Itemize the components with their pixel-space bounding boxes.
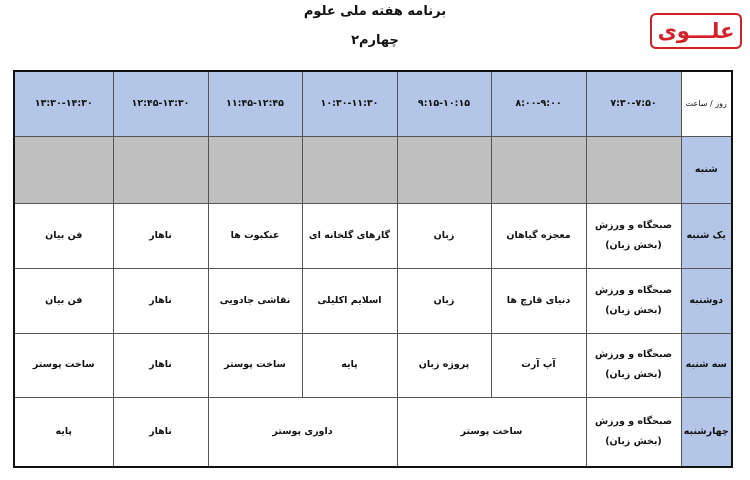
table-cell: ناهار bbox=[113, 397, 208, 467]
alavi-logo: علـــوی bbox=[650, 13, 742, 49]
table-cell: اسلایم اکلیلی bbox=[302, 269, 397, 333]
table-cell: ناهار bbox=[113, 204, 208, 269]
table-row-sunday: یک شنبه صبحگاه و ورزش (بخش زبان) معجزه گ… bbox=[14, 204, 732, 269]
cell-line-1: صبحگاه و ورزش bbox=[587, 281, 681, 301]
table-row-wednesday: چهارشنبه صبحگاه و ورزش (بخش زبان) ساخت پ… bbox=[14, 397, 732, 467]
table-cell: صبحگاه و ورزش (بخش زبان) bbox=[586, 204, 681, 269]
time-slot-4: ۱۰:۳۰-۱۱:۳۰ bbox=[302, 71, 397, 137]
page-title: برنامه هفته ملی علوم bbox=[250, 4, 500, 19]
cell-line-2: (بخش زبان) bbox=[587, 432, 681, 452]
table-cell: آپ آرت bbox=[491, 333, 586, 397]
table-cell: گازهای گلخانه ای bbox=[302, 204, 397, 269]
time-slot-7: ۱۳:۳۰-۱۴:۳۰ bbox=[14, 71, 113, 137]
day-label: شنبه bbox=[681, 137, 732, 204]
time-slot-6: ۱۲:۴۵-۱۳:۳۰ bbox=[113, 71, 208, 137]
table-cell bbox=[14, 137, 113, 204]
table-cell: فن بیان bbox=[14, 269, 113, 333]
cell-line-1: صبحگاه و ورزش bbox=[587, 345, 681, 365]
table-cell: پایه bbox=[14, 397, 113, 467]
table-cell bbox=[586, 137, 681, 204]
table-cell: ساخت پوستر bbox=[14, 333, 113, 397]
corner-label: روز / ساعت bbox=[681, 71, 732, 137]
table-cell: معجزه گیاهان bbox=[491, 204, 586, 269]
time-slot-2: ۸:۰۰-۹:۰۰ bbox=[491, 71, 586, 137]
cell-line-2: (بخش زبان) bbox=[587, 301, 681, 321]
table-cell-merged: داوری پوستر bbox=[208, 397, 397, 467]
day-label: سه شنبه bbox=[681, 333, 732, 397]
table-cell: دنیای قارچ ها bbox=[491, 269, 586, 333]
schedule-table: روز / ساعت ۷:۳۰-۷:۵۰ ۸:۰۰-۹:۰۰ ۹:۱۵-۱۰:۱… bbox=[13, 70, 733, 468]
table-cell: پایه bbox=[302, 333, 397, 397]
cell-line-1: صبحگاه و ورزش bbox=[587, 412, 681, 432]
table-row-monday: دوشنبه صبحگاه و ورزش (بخش زبان) دنیای قا… bbox=[14, 269, 732, 333]
table-cell: زبان bbox=[397, 269, 491, 333]
time-slot-5: ۱۱:۴۵-۱۲:۴۵ bbox=[208, 71, 302, 137]
table-cell bbox=[491, 137, 586, 204]
table-row-tuesday: سه شنبه صبحگاه و ورزش (بخش زبان) آپ آرت … bbox=[14, 333, 732, 397]
table-cell: ناهار bbox=[113, 269, 208, 333]
table-cell: زبان bbox=[397, 204, 491, 269]
logo-text: علـــوی bbox=[658, 19, 735, 43]
table-cell bbox=[302, 137, 397, 204]
table-row-saturday: شنبه bbox=[14, 137, 732, 204]
table-cell bbox=[208, 137, 302, 204]
table-cell bbox=[113, 137, 208, 204]
table-cell: پروژه زبان bbox=[397, 333, 491, 397]
table-cell-merged: ساخت پوستر bbox=[397, 397, 586, 467]
table-cell: صبحگاه و ورزش (بخش زبان) bbox=[586, 269, 681, 333]
time-slot-3: ۹:۱۵-۱۰:۱۵ bbox=[397, 71, 491, 137]
table-cell: فن بیان bbox=[14, 204, 113, 269]
page-subtitle: چهارم۲ bbox=[250, 33, 500, 48]
table-cell bbox=[397, 137, 491, 204]
header-row: روز / ساعت ۷:۳۰-۷:۵۰ ۸:۰۰-۹:۰۰ ۹:۱۵-۱۰:۱… bbox=[14, 71, 732, 137]
day-label: دوشنبه bbox=[681, 269, 732, 333]
table-cell: ناهار bbox=[113, 333, 208, 397]
time-slot-1: ۷:۳۰-۷:۵۰ bbox=[586, 71, 681, 137]
cell-line-2: (بخش زبان) bbox=[587, 365, 681, 385]
cell-line-2: (بخش زبان) bbox=[587, 236, 681, 256]
table-cell: عنکبوت ها bbox=[208, 204, 302, 269]
table-cell: نقاشی جادویی bbox=[208, 269, 302, 333]
cell-line-1: صبحگاه و ورزش bbox=[587, 216, 681, 236]
day-label: یک شنبه bbox=[681, 204, 732, 269]
table-cell: صبحگاه و ورزش (بخش زبان) bbox=[586, 333, 681, 397]
table-cell: صبحگاه و ورزش (بخش زبان) bbox=[586, 397, 681, 467]
table-cell: ساخت پوستر bbox=[208, 333, 302, 397]
day-label: چهارشنبه bbox=[681, 397, 732, 467]
